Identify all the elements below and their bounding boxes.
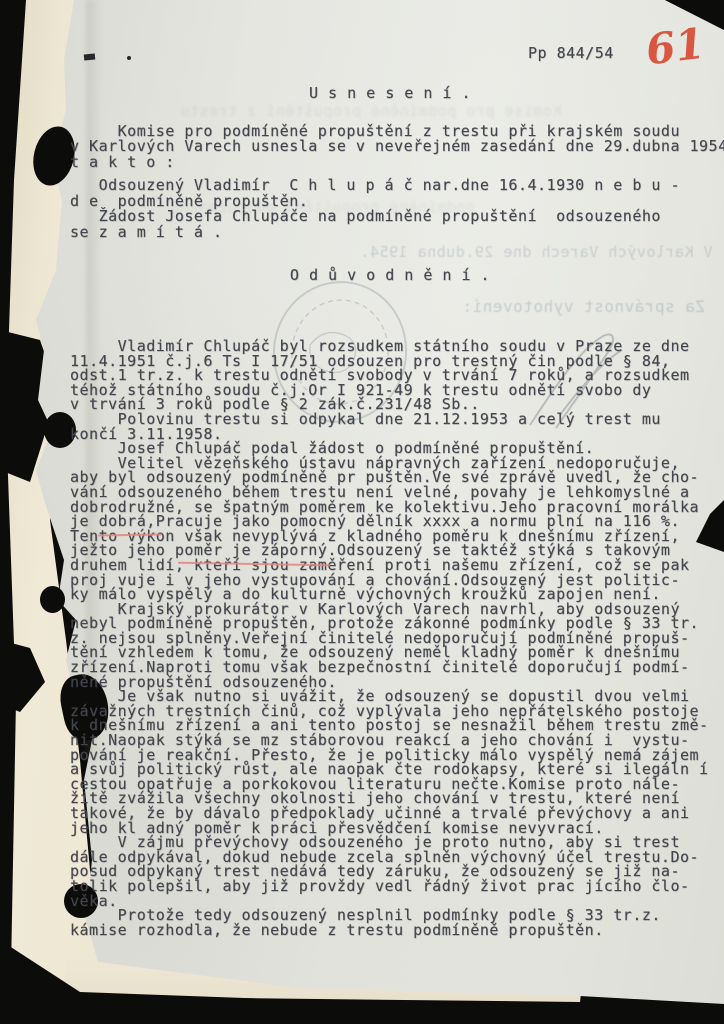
section-title: O d ů v o d n ě n í .: [70, 266, 710, 284]
document-title: U s n e s e n í .: [70, 84, 710, 102]
bleedthrough-text: Za správnost vyhotovení:: [462, 297, 705, 316]
text-line: tolik polepšil, aby již provždy vedl řád…: [70, 879, 709, 894]
ink-mark: [84, 54, 95, 61]
text-line: se z a m í t á .: [70, 225, 680, 241]
text-line: t a k t o :: [70, 155, 724, 170]
text-line: kámise rozhodla, že nebude z trestu podm…: [70, 923, 709, 938]
handwritten-folio-number: 61: [643, 19, 707, 75]
verdict-paragraph: Odsouzený Vladimír C h l u p á č nar.dne…: [70, 178, 680, 240]
torn-hole: [40, 586, 65, 613]
bleedthrough-text: Komise pro podmíněné propuštění z trestu: [180, 102, 561, 120]
scanned-document-photo: { "colors":{ "background":"#0c0c0a", "pa…: [0, 0, 724, 1024]
intro-paragraph: Komise pro podmíněné propuštění z trestu…: [70, 124, 724, 170]
reference-number: Pp 844/54: [528, 46, 614, 61]
ink-mark: [127, 56, 131, 60]
bleedthrough-text: V Karlových Varech dne 29.dubna 1954.: [360, 243, 713, 261]
justification-text: Vladimír Chlupáč byl rozsudkem státního …: [70, 339, 709, 937]
